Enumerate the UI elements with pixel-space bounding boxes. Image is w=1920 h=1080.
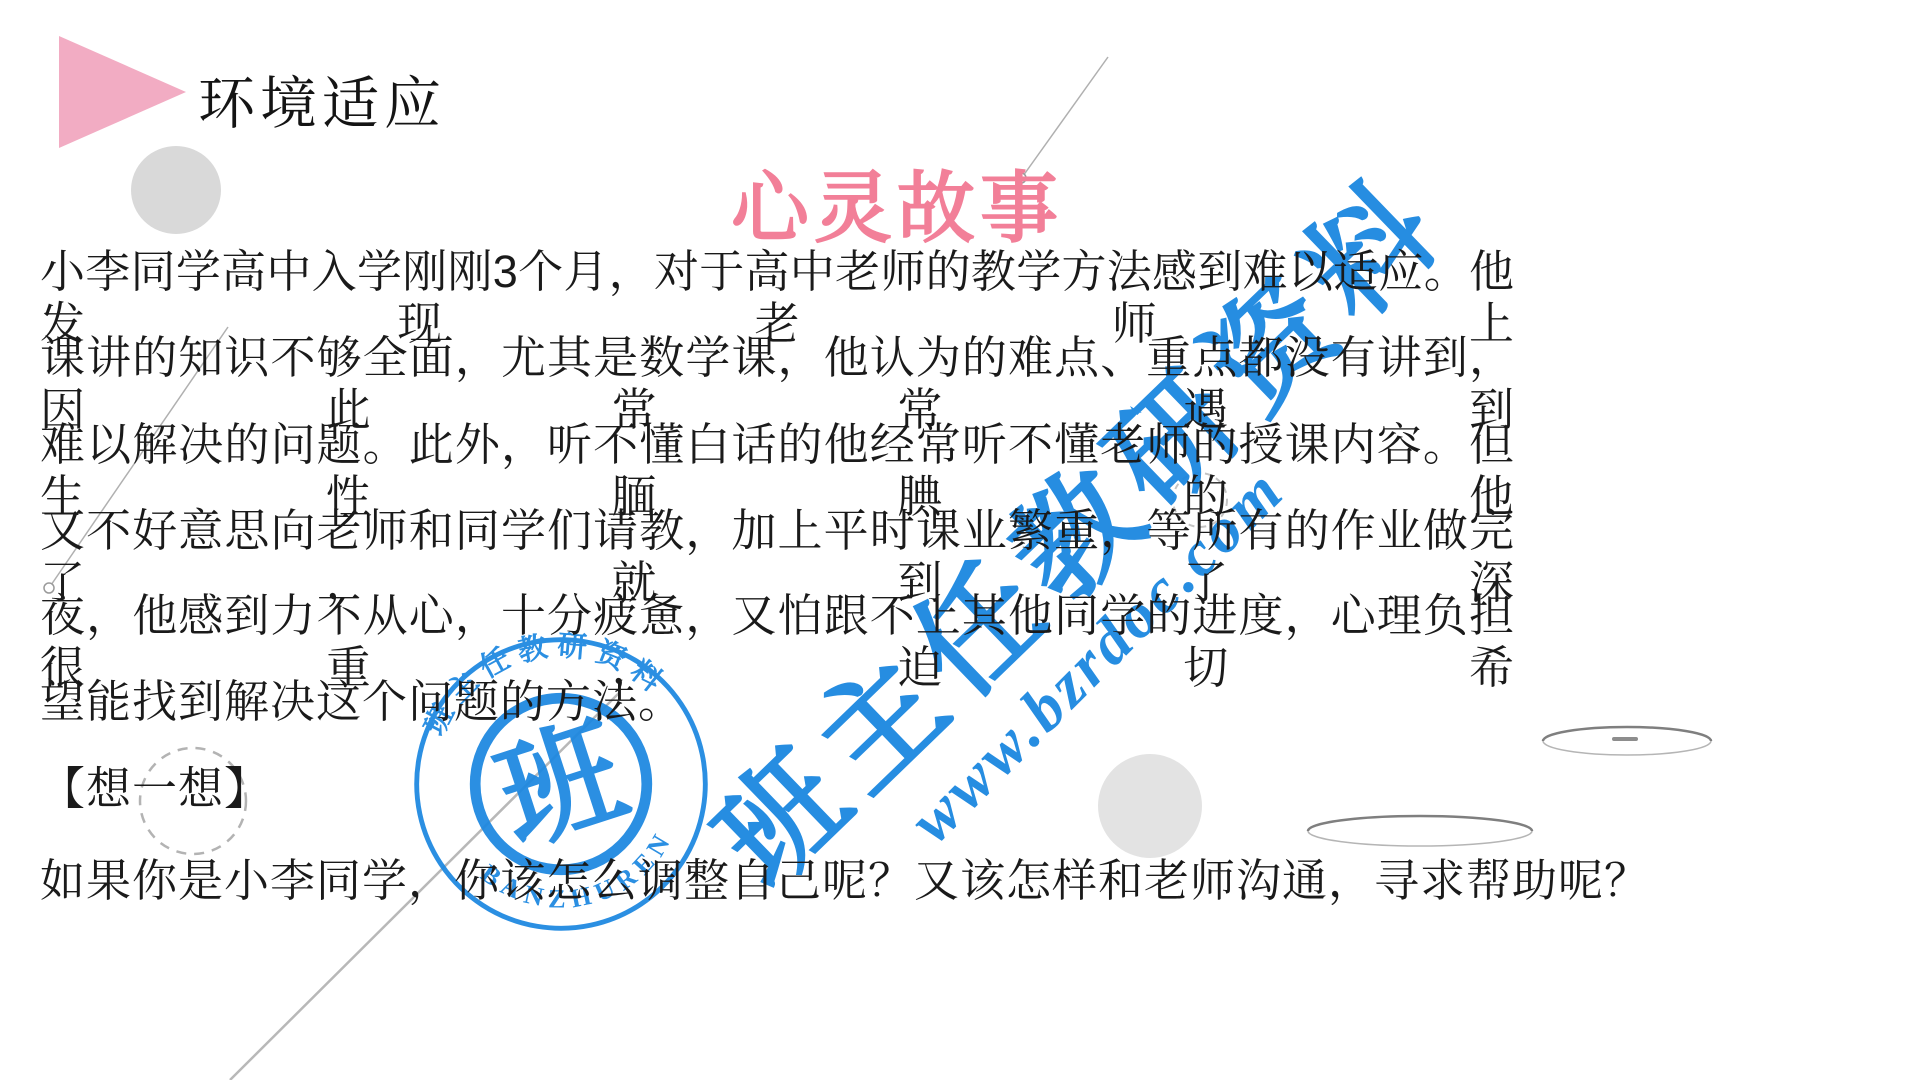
story-line-6: 望能找到解决这个问题的方法。: [40, 676, 684, 728]
page-title: 环境适应: [198, 58, 446, 140]
think-label: 【想一想】: [40, 763, 270, 815]
question-line: 如果你是小李同学，你该怎么调整自己呢？又该怎样和老师沟通，寻求帮助呢？: [40, 855, 1650, 907]
section-subtitle: 心灵故事: [731, 146, 1063, 258]
